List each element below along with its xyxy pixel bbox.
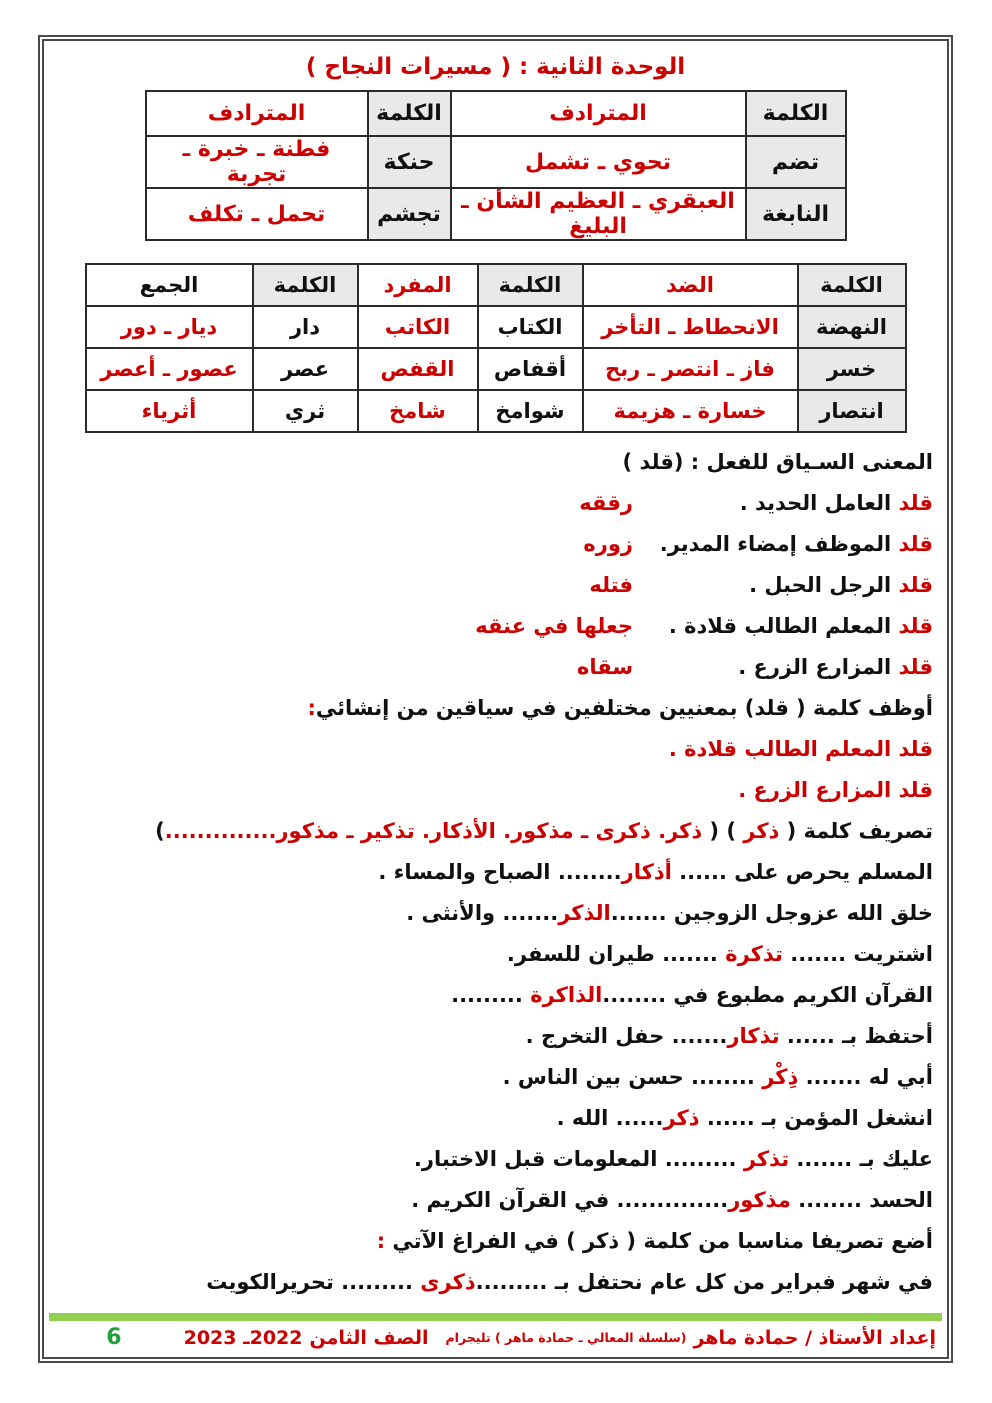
synonym-cell: تحوي ـ تشمل xyxy=(451,136,746,188)
word-cell: خسر xyxy=(798,348,906,390)
worksheet-page: الوحدة الثانية : ( مسيرات النجاح ) الكلم… xyxy=(38,35,953,1363)
fill-answer: مذكور xyxy=(728,1188,791,1212)
sentence-rest: الموظف إمضاء المدير. xyxy=(660,532,891,556)
verb-highlight: قلد xyxy=(899,573,933,597)
word-cell: دار xyxy=(253,306,358,348)
context-item: قلد المزارع الزرع .سقاه xyxy=(52,647,933,688)
sentence-rest: المعلم الطالب قلادة . xyxy=(669,614,891,638)
fill-after: ....... طيران للسفر. xyxy=(507,942,725,966)
header-antonym: الضد xyxy=(583,264,798,306)
fill-before: خلق الله عزوجل الزوجين ....... xyxy=(611,901,933,925)
word-cell: ثري xyxy=(253,390,358,432)
fill-answer: ذكر xyxy=(663,1106,699,1130)
plural-cell: ديار ـ دور xyxy=(86,306,253,348)
context-sentence: قلد الرجل الحبل . xyxy=(633,565,933,606)
context-item: قلد العامل الحديد .رققه xyxy=(52,483,933,524)
fill-before: عليك بـ ....... xyxy=(789,1147,933,1171)
school-years: 2022ـ 2023 xyxy=(184,1327,303,1349)
fill-answer: أذكار xyxy=(622,860,672,884)
fill-line: أحتفظ بـ ...... تذكار....... حفل التخرج … xyxy=(52,1016,933,1057)
fill-before: اشتريت ....... xyxy=(783,942,933,966)
fill-answer: تذكرة xyxy=(725,942,783,966)
fill-answer: تذكر xyxy=(744,1147,789,1171)
fill-after: ...... الله . xyxy=(557,1106,664,1130)
fill-answer: تذكار xyxy=(727,1024,779,1048)
word-cell: شوامخ xyxy=(478,390,583,432)
fill-line: الحسد ........ مذكور.............. في ال… xyxy=(52,1180,933,1221)
header-word: الكلمة xyxy=(798,264,906,306)
verb-highlight: قلد xyxy=(899,532,933,556)
fill-after: .............. في القرآن الكريم . xyxy=(411,1188,728,1212)
answer-text: زوره xyxy=(583,532,633,556)
fill-line: اشتريت ....... تذكرة ....... طيران للسفر… xyxy=(52,934,933,975)
context-item: قلد المعلم الطالب قلادة .جعلها في عنقه xyxy=(52,606,933,647)
synonym-cell: تحمل ـ تكلف xyxy=(146,188,368,240)
context-sentence: قلد المعلم الطالب قلادة . xyxy=(633,606,933,647)
context-heading: المعنى السـياق للفعل : (قلد ) xyxy=(52,442,933,483)
fill-before: أحتفظ بـ ...... xyxy=(780,1024,933,1048)
header-word: الكلمة xyxy=(478,264,583,306)
fill-before: انشغل المؤمن بـ ...... xyxy=(700,1106,933,1130)
example-sentence: قلد المعلم الطالب قلادة . xyxy=(52,729,933,770)
fill-line: انشغل المؤمن بـ ...... ذكر...... الله . xyxy=(52,1098,933,1139)
fill-line: عليك بـ ....... تذكر ......... المعلومات… xyxy=(52,1139,933,1180)
table-row: الكلمة الضد الكلمة المفرد الكلمة الجمع xyxy=(86,264,906,306)
header-synonym: المترادف xyxy=(451,91,746,136)
intro-forms: ذكر. ذكرى ـ مذكور. الأذكار. تذكير ـ مذكو… xyxy=(165,819,702,843)
context-item: قلد الموظف إمضاء المدير.زوره xyxy=(52,524,933,565)
page-footer: إعداد الأستاذ / حمادة ماهر (سلسلة المعال… xyxy=(47,1313,944,1354)
word-cell: حنكة xyxy=(368,136,451,188)
table-row: النابغة العبقري ـ العظيم الشأن ـ البليغ … xyxy=(146,188,846,240)
page-title: الوحدة الثانية : ( مسيرات النجاح ) xyxy=(44,54,947,80)
intro-black: تصريف كلمة ( xyxy=(779,819,933,843)
fill-answer: ذِكْر xyxy=(762,1065,798,1089)
header-word: الكلمة xyxy=(368,91,451,136)
word-cell: تجشم xyxy=(368,188,451,240)
header-synonym: المترادف xyxy=(146,91,368,136)
table-row: الكلمة المترادف الكلمة المترادف xyxy=(146,91,846,136)
grade-label: الصف الثامن xyxy=(310,1327,429,1349)
answer-text: فتله xyxy=(589,573,633,597)
fill-answer: ذكرى xyxy=(420,1270,475,1294)
page-number: 6 xyxy=(106,1325,121,1350)
answer-text: رققه xyxy=(579,491,633,515)
fill-after: ....... والأنثى . xyxy=(406,901,558,925)
word-cell: عصر xyxy=(253,348,358,390)
verb-highlight: قلد xyxy=(899,491,933,515)
plural-cell: أثرياء xyxy=(86,390,253,432)
employ-prompt: أوظف كلمة ( قلد) بمعنيين مختلفين في سياق… xyxy=(52,688,933,729)
table-row: النهضة الانحطاط ـ التأخر الكتاب الكاتب د… xyxy=(86,306,906,348)
fill-line: القرآن الكريم مطبوع في ........الذاكرة .… xyxy=(52,975,933,1016)
table-row: انتصار خسارة ـ هزيمة شوامخ شامخ ثري أثري… xyxy=(86,390,906,432)
synonym-cell: العبقري ـ العظيم الشأن ـ البليغ xyxy=(451,188,746,240)
fill-before: القرآن الكريم مطبوع في ........ xyxy=(602,983,933,1007)
context-sentence: قلد الموظف إمضاء المدير. xyxy=(633,524,933,565)
sentence-rest: الرجل الحبل . xyxy=(749,573,891,597)
answer-text: جعلها في عنقه xyxy=(475,614,633,638)
fill-after: ......... xyxy=(451,983,530,1007)
intro-black: ) ( xyxy=(702,819,736,843)
footer-green-bar xyxy=(49,1313,942,1321)
table-row: خسر فاز ـ انتصر ـ ربح أقفاص القفص عصر عص… xyxy=(86,348,906,390)
table-row: تضم تحوي ـ تشمل حنكة فطنة ـ خبرة ـ تجربة xyxy=(146,136,846,188)
example-sentence: قلد المزارع الزرع . xyxy=(52,770,933,811)
fill-after: ........ الصباح والمساء . xyxy=(378,860,621,884)
word-cell: أقفاص xyxy=(478,348,583,390)
plural-cell: عصور ـ أعصر xyxy=(86,348,253,390)
header-plural: الجمع xyxy=(86,264,253,306)
context-item: قلد الرجل الحبل .فتله xyxy=(52,565,933,606)
fill-line: أبي له ....... ذِكْر ........ حسن بين ال… xyxy=(52,1057,933,1098)
word-cell: انتصار xyxy=(798,390,906,432)
fill-before: المسلم يحرص على ...... xyxy=(672,860,933,884)
context-sentence: قلد المزارع الزرع . xyxy=(633,647,933,688)
fill-answer: الذكر xyxy=(558,901,611,925)
word-cell: الكتاب xyxy=(478,306,583,348)
verb-highlight: قلد xyxy=(899,655,933,679)
antonyms-table: الكلمة الضد الكلمة المفرد الكلمة الجمع ا… xyxy=(85,263,907,433)
fill-before: الحسد ........ xyxy=(791,1188,933,1212)
context-sentence: قلد العامل الحديد . xyxy=(633,483,933,524)
fill-after: ........ حسن بين الناس . xyxy=(503,1065,763,1089)
word-cell: النهضة xyxy=(798,306,906,348)
singular-cell: القفص xyxy=(358,348,478,390)
singular-cell: شامخ xyxy=(358,390,478,432)
antonym-cell: الانحطاط ـ التأخر xyxy=(583,306,798,348)
fill-line: المسلم يحرص على ...... أذكار........ الص… xyxy=(52,852,933,893)
synonyms-table: الكلمة المترادف الكلمة المترادف تضم تحوي… xyxy=(145,90,847,241)
singular-cell: الكاتب xyxy=(358,306,478,348)
worksheet-body: المعنى السـياق للفعل : (قلد ) قلد العامل… xyxy=(52,442,933,1303)
place-prompt: أضع تصريفا مناسبا من كلمة ( ذكر ) في الف… xyxy=(52,1221,933,1262)
fill-after: ......... تحريرالكويت xyxy=(206,1270,420,1294)
conjugation-intro: تصريف كلمة ( ذكر ) ( ذكر. ذكرى ـ مذكور. … xyxy=(52,811,933,852)
fill-after: ......... المعلومات قبل الاختبار. xyxy=(414,1147,744,1171)
header-word: الكلمة xyxy=(253,264,358,306)
intro-keyword: ذكر xyxy=(736,819,779,843)
word-cell: تضم xyxy=(746,136,846,188)
fill-before: أبي له ....... xyxy=(798,1065,933,1089)
place-prompt-colon: : xyxy=(377,1229,385,1253)
fill-before: في شهر فبراير من كل عام نحتفل بـ .......… xyxy=(476,1270,933,1294)
verb-highlight: قلد xyxy=(899,614,933,638)
employ-prompt-text: أوظف كلمة ( قلد) بمعنيين مختلفين في سياق… xyxy=(316,696,933,720)
fill-answer: الذاكرة xyxy=(530,983,602,1007)
fill-line: في شهر فبراير من كل عام نحتفل بـ .......… xyxy=(52,1262,933,1303)
employ-prompt-colon: : xyxy=(308,696,316,720)
antonym-cell: خسارة ـ هزيمة xyxy=(583,390,798,432)
place-prompt-text: أضع تصريفا مناسبا من كلمة ( ذكر ) في الف… xyxy=(385,1229,933,1253)
antonym-cell: فاز ـ انتصر ـ ربح xyxy=(583,348,798,390)
fill-line: خلق الله عزوجل الزوجين .......الذكر.....… xyxy=(52,893,933,934)
header-word: الكلمة xyxy=(746,91,846,136)
intro-black: ) xyxy=(155,819,165,843)
footer-text-row: إعداد الأستاذ / حمادة ماهر (سلسلة المعال… xyxy=(47,1322,944,1354)
answer-text: سقاه xyxy=(577,655,633,679)
synonym-cell: فطنة ـ خبرة ـ تجربة xyxy=(146,136,368,188)
word-cell: النابغة xyxy=(746,188,846,240)
series-note: (سلسلة المعالي ـ حمادة ماهر ) تليجرام xyxy=(446,1330,687,1345)
sentence-rest: المزارع الزرع . xyxy=(738,655,891,679)
fill-after: ....... حفل التخرج . xyxy=(526,1024,728,1048)
header-singular: المفرد xyxy=(358,264,478,306)
prepared-by: إعداد الأستاذ / حمادة ماهر xyxy=(693,1327,936,1349)
sentence-rest: العامل الحديد . xyxy=(740,491,892,515)
